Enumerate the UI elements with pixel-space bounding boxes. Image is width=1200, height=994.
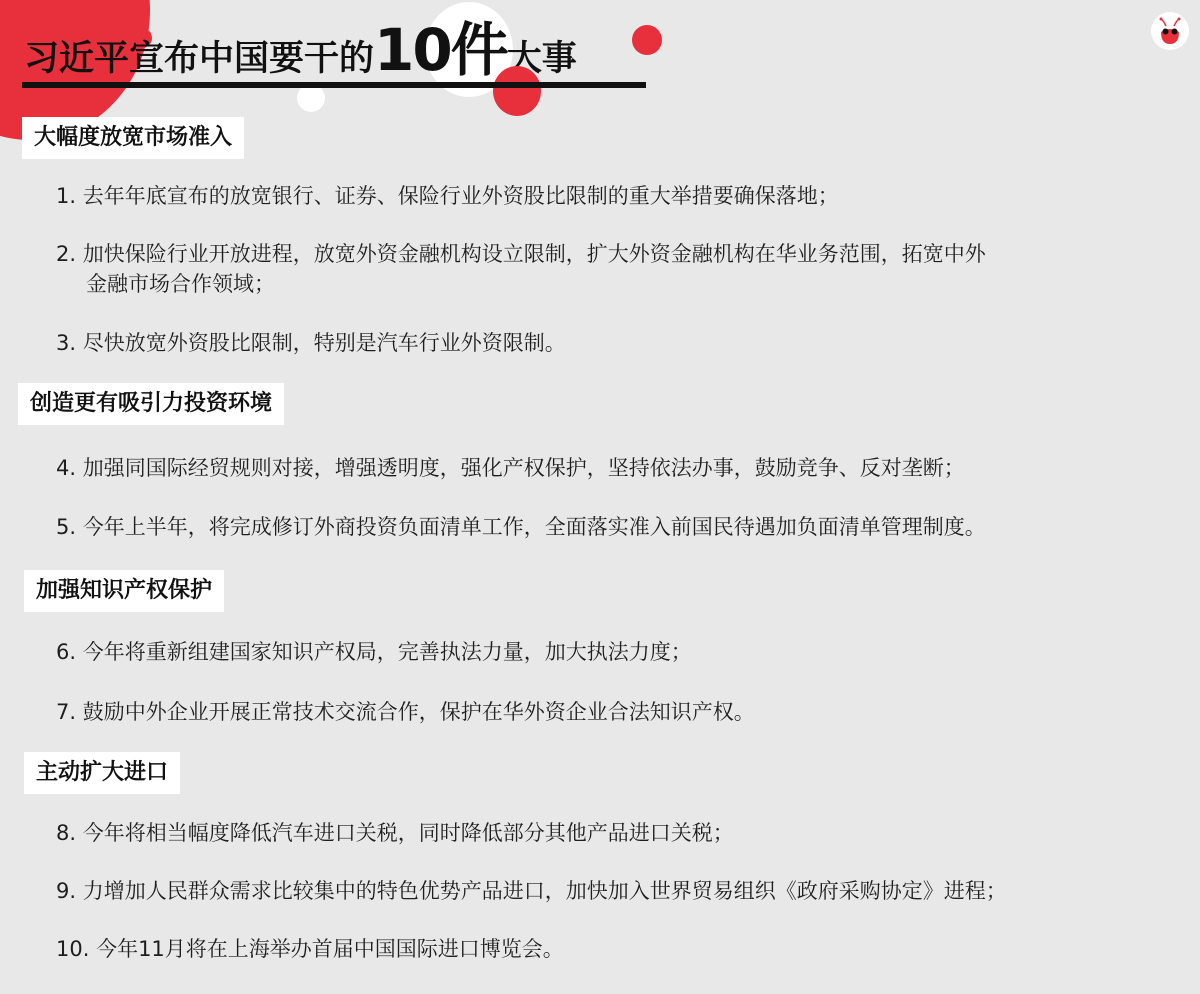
section-heading-ip-protection: 加强知识产权保护	[24, 570, 224, 612]
title-number: 10件	[374, 16, 507, 84]
list-item-9: 9. 力增加人民群众需求比较集中的特色优势产品进口，加快加入世界贸易组织《政府采…	[56, 876, 1007, 906]
section-heading-expand-imports: 主动扩大进口	[24, 752, 180, 794]
title-prefix: 习近平宣布中国要干的	[24, 39, 374, 79]
list-item-4: 4. 加强同国际经贸规则对接，增强透明度，强化产权保护，坚持依法办事，鼓励竞争、…	[56, 453, 965, 483]
ant-mascot-icon	[1151, 12, 1189, 50]
list-item-2-line1: 2. 加快保险行业开放进程，放宽外资金融机构设立限制，扩大外资金融机构在华业务范…	[56, 242, 986, 266]
list-item-2: 2. 加快保险行业开放进程，放宽外资金融机构设立限制，扩大外资金融机构在华业务范…	[56, 239, 986, 299]
list-item-2-line2: 金融市场合作领域；	[56, 269, 986, 299]
list-item-5: 5. 今年上半年，将完成修订外商投资负面清单工作，全面落实准入前国民待遇加负面清…	[56, 512, 986, 542]
list-item-7: 7. 鼓励中外企业开展正常技术交流合作，保护在华外资企业合法知识产权。	[56, 697, 755, 727]
section-heading-market-access: 大幅度放宽市场准入	[22, 117, 244, 159]
list-item-1: 1. 去年年底宣布的放宽银行、证券、保险行业外资股比限制的重大举措要确保落地；	[56, 181, 839, 211]
list-item-8: 8. 今年将相当幅度降低汽车进口关税，同时降低部分其他产品进口关税；	[56, 818, 734, 848]
decor-red-dot-right	[632, 25, 662, 55]
list-item-6: 6. 今年将重新组建国家知识产权局，完善执法力量，加大执法力度；	[56, 637, 692, 667]
list-item-3: 3. 尽快放宽外资股比限制，特别是汽车行业外资限制。	[56, 328, 566, 358]
section-heading-investment-environment: 创造更有吸引力投资环境	[18, 383, 284, 425]
decor-red-circle-mid	[493, 66, 541, 116]
title-underline	[22, 82, 646, 88]
list-item-10: 10. 今年11月将在上海举办首届中国国际进口博览会。	[56, 934, 564, 964]
